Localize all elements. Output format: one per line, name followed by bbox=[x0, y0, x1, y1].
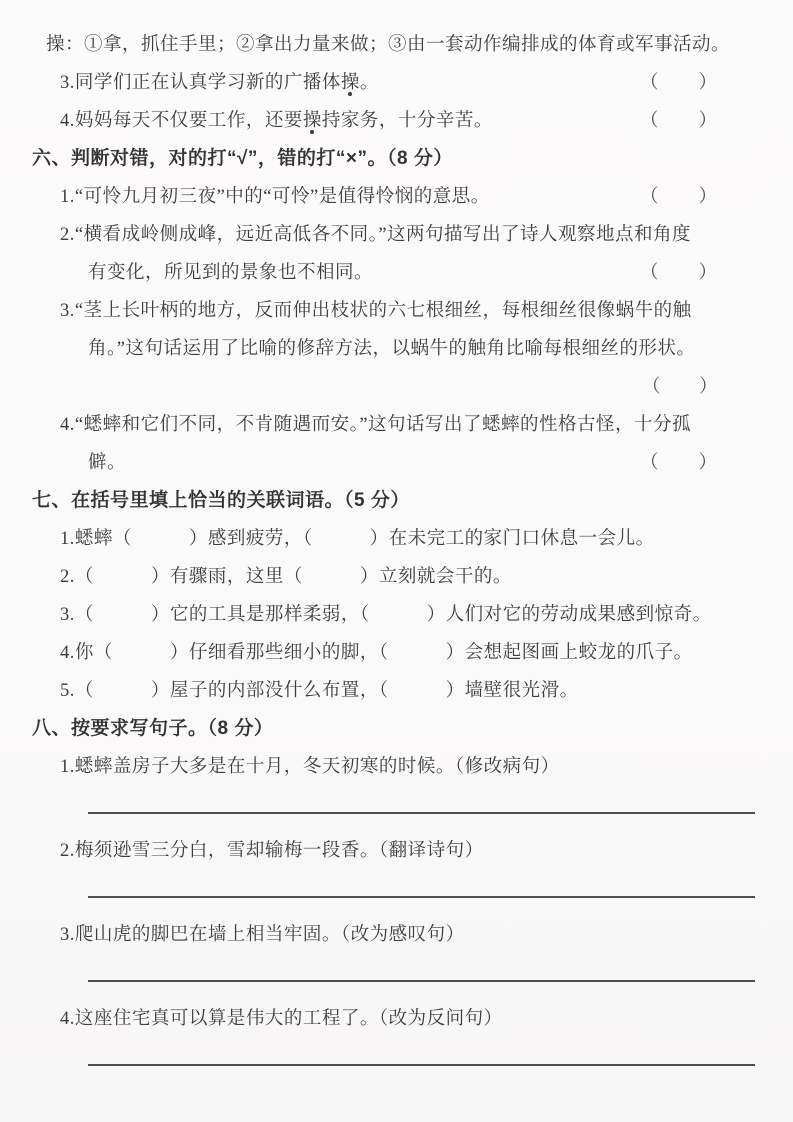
question-item: 4.妈妈每天不仅要工作，还要操持家务，十分辛苦。 （ ） bbox=[60, 102, 755, 140]
question-item: 4.你（ ）仔细看那些细小的脚，（ ）会想起图画上蛟龙的爪子。 bbox=[60, 634, 755, 672]
question-line-1: 3.“茎上长叶柄的地方，反而伸出枝状的六七根细丝，每根细丝很像蜗牛的触 bbox=[60, 292, 755, 330]
question-line-2: 僻。 （ ） bbox=[88, 444, 755, 482]
question-text: 有变化，所见到的景象也不相同。 bbox=[88, 263, 373, 283]
answer-bracket: （ ） bbox=[640, 102, 718, 140]
definition-line: 操：①拿，抓住手里；②拿出力量来做；③由一套动作编排成的体育或军事活动。 bbox=[46, 26, 755, 64]
question-text: 4.这座住宅真可以算是伟大的工程了。（改为反问句） bbox=[60, 1009, 503, 1029]
answer-bracket: （ ） bbox=[640, 64, 718, 102]
worksheet-page: 操：①拿，抓住手里；②拿出力量来做；③由一套动作编排成的体育或军事活动。 3.同… bbox=[0, 0, 793, 1122]
question-text: 2.（ ）有骤雨，这里（ ）立刻就会干的。 bbox=[60, 567, 512, 587]
answer-writing-line bbox=[88, 1038, 755, 1066]
emphasized-char: 操 bbox=[303, 111, 322, 131]
definition-text: 操：①拿，抓住手里；②拿出力量来做；③由一套动作编排成的体育或军事活动。 bbox=[46, 35, 730, 55]
question-text: 2.梅须逊雪三分白，雪却输梅一段香。（翻译诗句） bbox=[60, 841, 484, 861]
answer-bracket: （ ） bbox=[642, 377, 718, 397]
question-text: 角。”这句话运用了比喻的修辞方法，以蜗牛的触角比喻每根细丝的形状。 bbox=[88, 339, 695, 359]
question-text: 1.蟋蟀盖房子大多是在十月，冬天初寒的时候。（修改病句） bbox=[60, 757, 560, 777]
question-text: 僻。 bbox=[88, 453, 126, 473]
question-item: 4.“蟋蟀和它们不同，不肯随遇而安。”这句话写出了蟋蟀的性格古怪，十分孤 僻。 … bbox=[32, 406, 755, 482]
question-text: 2.“横看成岭侧成峰，远近高低各不同。”这两句描写出了诗人观察地点和角度 bbox=[60, 225, 691, 245]
top-section: 操：①拿，抓住手里；②拿出力量来做；③由一套动作编排成的体育或军事活动。 3.同… bbox=[32, 26, 755, 140]
question-text: 4.“蟋蟀和它们不同，不肯随遇而安。”这句话写出了蟋蟀的性格古怪，十分孤 bbox=[60, 415, 691, 435]
answer-writing-line bbox=[88, 954, 755, 982]
question-text-pre: 4.妈妈每天不仅要工作，还要 bbox=[60, 111, 303, 131]
question-text-pre: 3.同学们正在认真学习新的广播体 bbox=[60, 73, 341, 93]
question-line-1: 4.“蟋蟀和它们不同，不肯随遇而安。”这句话写出了蟋蟀的性格古怪，十分孤 bbox=[60, 406, 755, 444]
question-item: 5.（ ）屋子的内部没什么布置，（ ）墙壁很光滑。 bbox=[60, 672, 755, 710]
answer-bracket: （ ） bbox=[640, 178, 718, 216]
question-text-post: 持家务，十分辛苦。 bbox=[322, 111, 493, 131]
question-item: 2.（ ）有骤雨，这里（ ）立刻就会干的。 bbox=[60, 558, 755, 596]
question-item: 1.“可怜九月初三夜”中的“可怜”是值得怜悯的意思。 （ ） bbox=[60, 178, 755, 216]
section-six: 六、判断对错，对的打“√”，错的打“×”。（8 分） 1.“可怜九月初三夜”中的… bbox=[32, 140, 755, 482]
question-item: 3.同学们正在认真学习新的广播体操。 （ ） bbox=[60, 64, 755, 102]
question-text: 4.妈妈每天不仅要工作，还要操持家务，十分辛苦。 bbox=[60, 111, 493, 131]
question-text-post: 。 bbox=[360, 73, 379, 93]
answer-writing-line bbox=[88, 786, 755, 814]
question-text-row: 2.梅须逊雪三分白，雪却输梅一段香。（翻译诗句） bbox=[60, 832, 755, 870]
section-seven: 七、在括号里填上恰当的关联词语。（5 分） 1.蟋蟀（ ）感到疲劳，（ ）在未完… bbox=[32, 482, 755, 710]
question-item: 2.“横看成岭侧成峰，远近高低各不同。”这两句描写出了诗人观察地点和角度 有变化… bbox=[32, 216, 755, 292]
answer-writing-line bbox=[88, 870, 755, 898]
question-item: 1.蟋蟀（ ）感到疲劳，（ ）在未完工的家门口休息一会儿。 bbox=[60, 520, 755, 558]
answer-bracket: （ ） bbox=[640, 254, 718, 292]
question-item: 4.这座住宅真可以算是伟大的工程了。（改为反问句） bbox=[32, 1000, 755, 1066]
question-text-row: 1.蟋蟀盖房子大多是在十月，冬天初寒的时候。（修改病句） bbox=[60, 748, 755, 786]
question-line-2: 有变化，所见到的景象也不相同。 （ ） bbox=[88, 254, 755, 292]
question-item: 2.梅须逊雪三分白，雪却输梅一段香。（翻译诗句） bbox=[32, 832, 755, 898]
section-eight: 八、按要求写句子。（8 分） 1.蟋蟀盖房子大多是在十月，冬天初寒的时候。（修改… bbox=[32, 710, 755, 1066]
question-item: 1.蟋蟀盖房子大多是在十月，冬天初寒的时候。（修改病句） bbox=[32, 748, 755, 814]
question-line-2: 角。”这句话运用了比喻的修辞方法，以蜗牛的触角比喻每根细丝的形状。 bbox=[88, 330, 755, 368]
section-eight-title: 八、按要求写句子。（8 分） bbox=[32, 710, 755, 748]
question-text: 3.“茎上长叶柄的地方，反而伸出枝状的六七根细丝，每根细丝很像蜗牛的触 bbox=[60, 301, 692, 321]
question-text: 4.你（ ）仔细看那些细小的脚，（ ）会想起图画上蛟龙的爪子。 bbox=[60, 643, 693, 663]
question-text: 5.（ ）屋子的内部没什么布置，（ ）墙壁很光滑。 bbox=[60, 681, 579, 701]
emphasized-char: 操 bbox=[341, 73, 360, 93]
question-text: 3.（ ）它的工具是那样柔弱，（ ）人们对它的劳动成果感到惊奇。 bbox=[60, 605, 712, 625]
question-text: 1.“可怜九月初三夜”中的“可怜”是值得怜悯的意思。 bbox=[60, 187, 490, 207]
question-line-1: 2.“横看成岭侧成峰，远近高低各不同。”这两句描写出了诗人观察地点和角度 bbox=[60, 216, 755, 254]
question-item: 3.（ ）它的工具是那样柔弱，（ ）人们对它的劳动成果感到惊奇。 bbox=[60, 596, 755, 634]
question-text-row: 3.爬山虎的脚巴在墙上相当牢固。（改为感叹句） bbox=[60, 916, 755, 954]
question-text: 3.爬山虎的脚巴在墙上相当牢固。（改为感叹句） bbox=[60, 925, 465, 945]
answer-bracket: （ ） bbox=[640, 444, 718, 482]
section-seven-title: 七、在括号里填上恰当的关联词语。（5 分） bbox=[32, 482, 755, 520]
question-text-row: 4.这座住宅真可以算是伟大的工程了。（改为反问句） bbox=[60, 1000, 755, 1038]
section-six-title: 六、判断对错，对的打“√”，错的打“×”。（8 分） bbox=[32, 140, 755, 178]
question-item: 3.爬山虎的脚巴在墙上相当牢固。（改为感叹句） bbox=[32, 916, 755, 982]
answer-bracket-line: （ ） bbox=[32, 368, 755, 406]
question-text: 3.同学们正在认真学习新的广播体操。 bbox=[60, 73, 379, 93]
question-item: 3.“茎上长叶柄的地方，反而伸出枝状的六七根细丝，每根细丝很像蜗牛的触 角。”这… bbox=[32, 292, 755, 406]
question-text: 1.蟋蟀（ ）感到疲劳，（ ）在未完工的家门口休息一会儿。 bbox=[60, 529, 655, 549]
